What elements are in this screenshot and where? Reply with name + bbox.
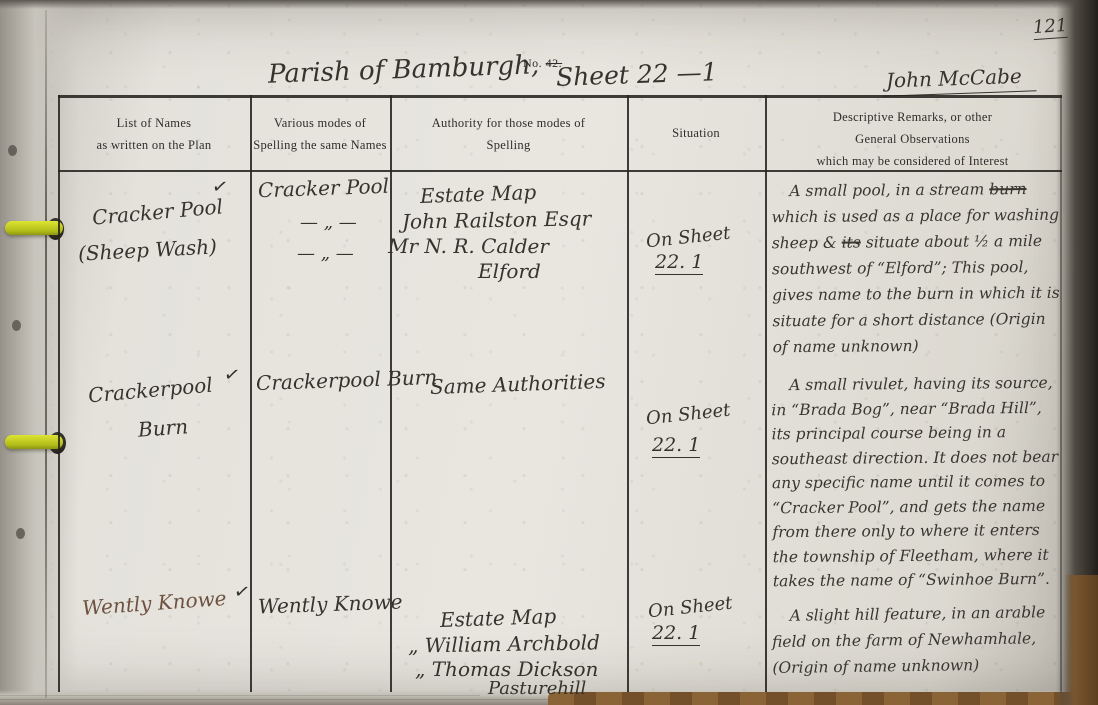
paper-hole bbox=[12, 320, 21, 331]
page-stack-line bbox=[0, 695, 480, 696]
spelling-entry: Crackerpool Burn bbox=[256, 365, 438, 395]
column-header-remarks: Descriptive Remarks, or other General Ob… bbox=[767, 106, 1058, 172]
spelling-entry: Wently Knowe bbox=[258, 589, 403, 618]
struck-word: its bbox=[842, 233, 861, 251]
authority-entry: Estate Map bbox=[440, 604, 557, 632]
ditto-mark: — „ — bbox=[297, 243, 354, 264]
remarks-entry: A small rivulet, having its source, in “… bbox=[771, 371, 1063, 594]
name-entry: Crackerpool bbox=[87, 373, 213, 408]
checkmark-icon: ✓ bbox=[222, 363, 242, 387]
authority-entry: Mr N. R. Calder bbox=[388, 234, 549, 258]
situation-sheet-number: 22. 1 bbox=[652, 622, 700, 644]
situation-sheet-number: 22. 1 bbox=[655, 251, 703, 273]
authority-entry: Pasturehill bbox=[488, 678, 586, 699]
authority-entry: „ William Archbold bbox=[408, 630, 600, 657]
authority-entry: Estate Map bbox=[420, 180, 537, 208]
name-entry: Burn bbox=[137, 414, 189, 441]
remarks-entry: A small pool, in a stream burn which is … bbox=[771, 176, 1063, 361]
authority-entry: Same Authorities bbox=[430, 369, 606, 399]
desk-wood-bottom bbox=[548, 692, 1098, 705]
column-divider bbox=[765, 95, 767, 692]
binding-string bbox=[5, 435, 63, 449]
ditto-mark: — „ — bbox=[300, 212, 357, 233]
situation-sheet-number: 22. 1 bbox=[652, 434, 700, 456]
name-entry: (Sheep Wash) bbox=[77, 234, 217, 265]
column-divider bbox=[250, 95, 252, 692]
binding-string bbox=[5, 221, 63, 235]
authority-entry: Elford bbox=[478, 259, 541, 283]
book-gutter-shadow bbox=[0, 0, 78, 705]
column-header-spelling: Various modes of Spelling the same Names bbox=[252, 112, 388, 156]
situation-entry: On Sheet bbox=[645, 223, 731, 253]
page-number: 121 bbox=[1032, 15, 1068, 38]
struck-word: burn bbox=[989, 180, 1026, 198]
table-top-rule bbox=[58, 95, 1062, 98]
page-stack-line bbox=[0, 699, 560, 700]
situation-entry: On Sheet bbox=[645, 400, 731, 430]
remarks-entry: A slight hill feature, in an arable fiel… bbox=[771, 599, 1062, 681]
name-entry: Wently Knowe bbox=[81, 586, 227, 620]
name-entry: Cracker Pool bbox=[91, 194, 224, 229]
column-header-names: List of Names as written on the Plan bbox=[60, 112, 248, 156]
paper-hole bbox=[16, 528, 25, 539]
paper-hole bbox=[8, 145, 17, 156]
desk-wood-right bbox=[1064, 575, 1098, 705]
column-divider bbox=[627, 95, 629, 692]
binding-crease bbox=[45, 10, 47, 698]
checkmark-icon: ✓ bbox=[232, 580, 252, 604]
column-header-situation: Situation bbox=[629, 122, 763, 144]
column-header-authority: Authority for those modes of Spelling bbox=[392, 112, 625, 156]
situation-entry: On Sheet bbox=[647, 593, 733, 623]
authority-entry: John Railston Esqr bbox=[402, 206, 592, 233]
surveyor-signature: John McCabe bbox=[882, 63, 1036, 92]
scanned-name-book-page: 121 Parish of Bamburgh, No. 42. Sheet 22… bbox=[0, 0, 1098, 705]
sheet-title: Sheet 22 —1 bbox=[556, 57, 718, 92]
table-left-border bbox=[58, 95, 60, 692]
spelling-entry: Cracker Pool bbox=[258, 174, 390, 203]
page-top-edge bbox=[0, 0, 1098, 9]
parish-title: Parish of Bamburgh, bbox=[268, 50, 540, 89]
